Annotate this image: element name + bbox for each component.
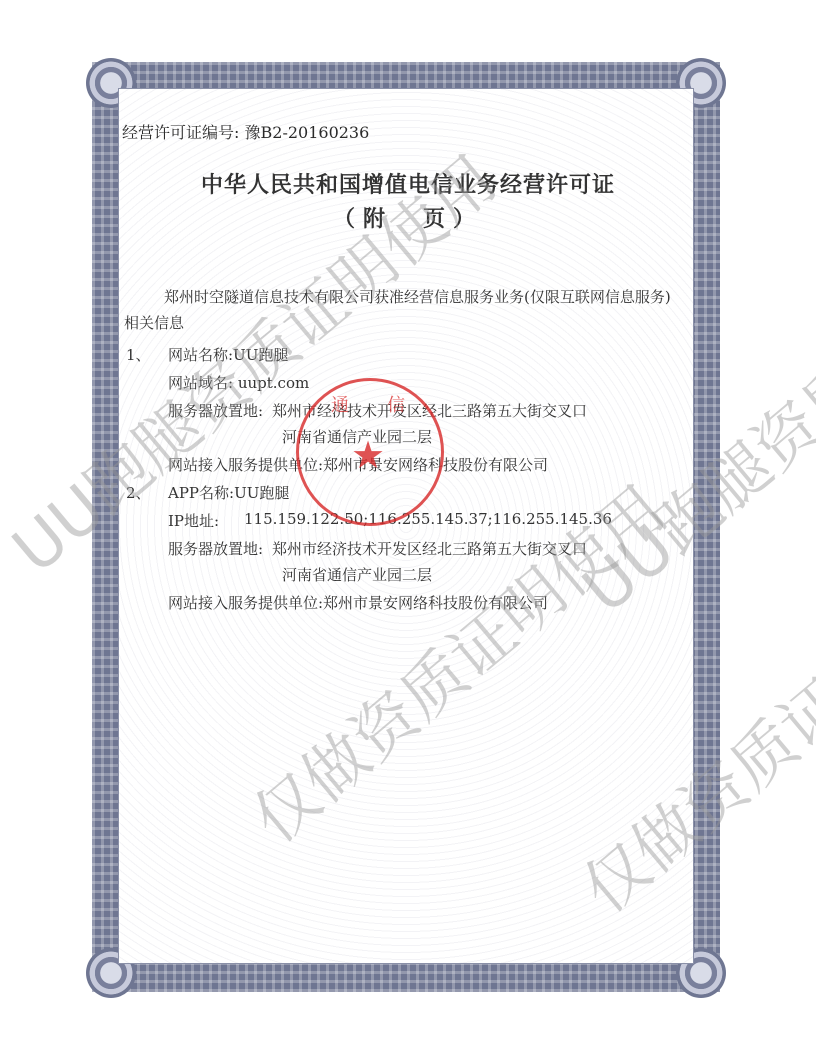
intro-paragraph: 郑州时空隧道信息技术有限公司获准经营信息服务业务(仅限互联网信息服务)相关信息 <box>124 284 676 336</box>
star-icon: ★ <box>351 433 385 477</box>
item-2-ip-value: 115.159.122.50;116.255.145.37;116.255.14… <box>244 510 612 528</box>
document-title: 中华人民共和国增值电信业务经营许可证 <box>0 168 816 199</box>
item-2-app-name: APP名称:UU跑腿 <box>168 482 289 503</box>
item-2-index: 2、 <box>126 482 151 503</box>
item-2-server-address-2: 河南省通信产业园二层 <box>282 564 432 585</box>
license-number-label: 经营许可证编号: <box>122 123 239 142</box>
seal-text: 通 信 <box>319 391 427 417</box>
license-number: 经营许可证编号: 豫B2-20160236 <box>122 120 369 143</box>
item-2-server-address-1: 郑州市经济技术开发区经北三路第五大街交叉口 <box>272 538 587 559</box>
item-2-provider: 网站接入服务提供单位:郑州市景安网络科技股份有限公司 <box>168 592 548 613</box>
item-1-domain: 网站域名: uupt.com <box>168 372 309 393</box>
item-1-index: 1、 <box>126 344 151 365</box>
item-2-ip-label: IP地址: <box>168 510 219 531</box>
official-seal: 通 信 ★ <box>296 378 444 526</box>
item-1-server-label: 服务器放置地: <box>168 400 263 421</box>
document-subtitle: （附 页） <box>0 202 816 233</box>
license-number-value: 豫B2-20160236 <box>245 123 370 142</box>
item-2-server-label: 服务器放置地: <box>168 538 263 559</box>
item-1-site-name: 网站名称:UU跑腿 <box>168 344 288 365</box>
